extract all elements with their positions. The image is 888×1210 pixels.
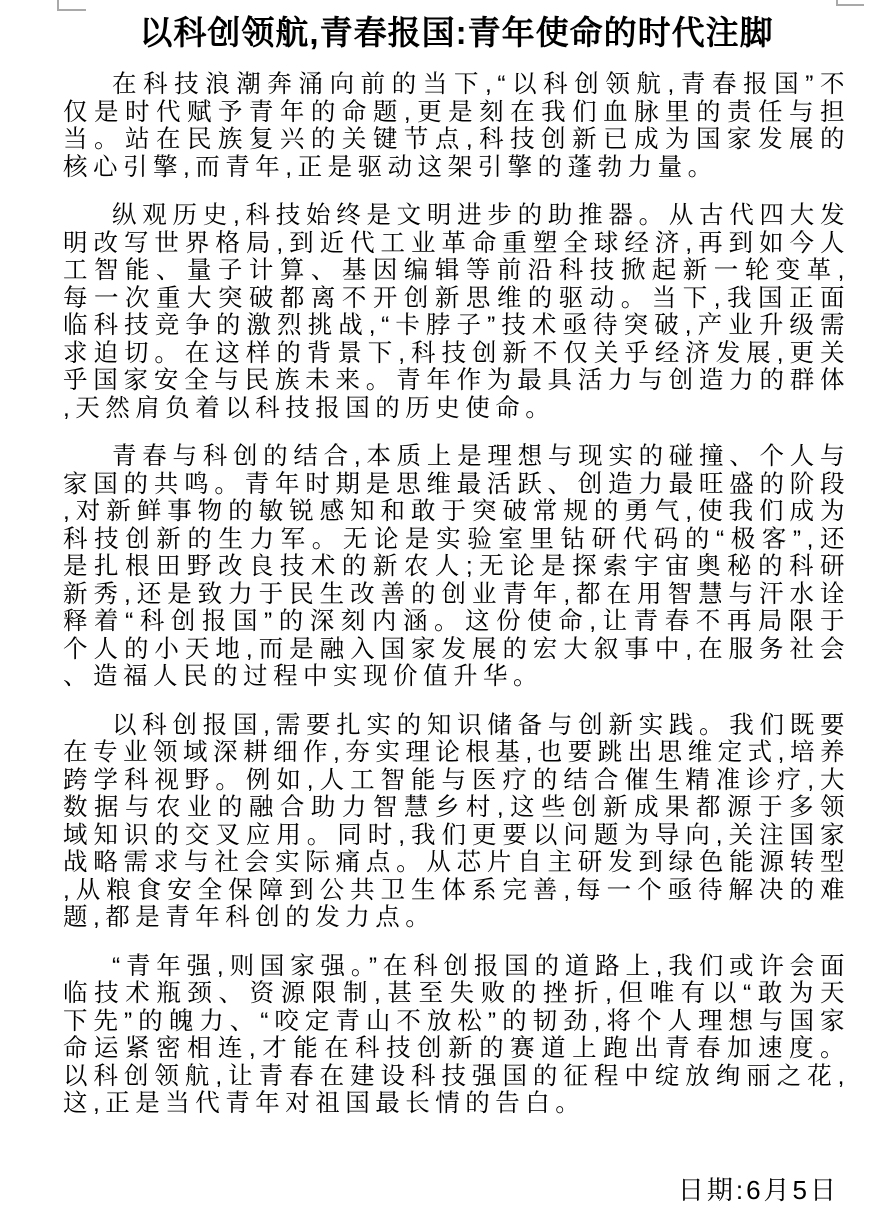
date-label: 日期:6月5日	[678, 1170, 839, 1207]
document-title: 以科创领航,青春报国:青年使命的时代注脚	[63, 10, 850, 56]
document-page: 以科创领航,青春报国:青年使命的时代注脚 在科技浪潮奔涌向前的当下,“以科创领航…	[0, 0, 888, 1210]
paragraph-5: “青年强,则国家强。”在科创报国的道路上,我们或许会面临技术瓶颈、资源限制,甚至…	[63, 953, 850, 1118]
paragraph-1: 在科技浪潮奔涌向前的当下,“以科创领航,青春报国”不仅是时代赋予青年的命题,更是…	[63, 71, 850, 181]
crop-mark-top-right-icon	[836, 0, 864, 6]
document-content: 以科创领航,青春报国:青年使命的时代注脚 在科技浪潮奔涌向前的当下,“以科创领航…	[63, 10, 850, 1139]
paragraph-4: 以科创报国,需要扎实的知识储备与创新实践。我们既要在专业领域深耕细作,夯实理论根…	[63, 712, 850, 932]
paragraph-2: 纵观历史,科技始终是文明进步的助推器。从古代四大发明改写世界格局,到近代工业革命…	[63, 202, 850, 422]
paragraph-3: 青春与科创的结合,本质上是理想与现实的碰撞、个人与家国的共鸣。青年时期是思维最活…	[63, 443, 850, 691]
